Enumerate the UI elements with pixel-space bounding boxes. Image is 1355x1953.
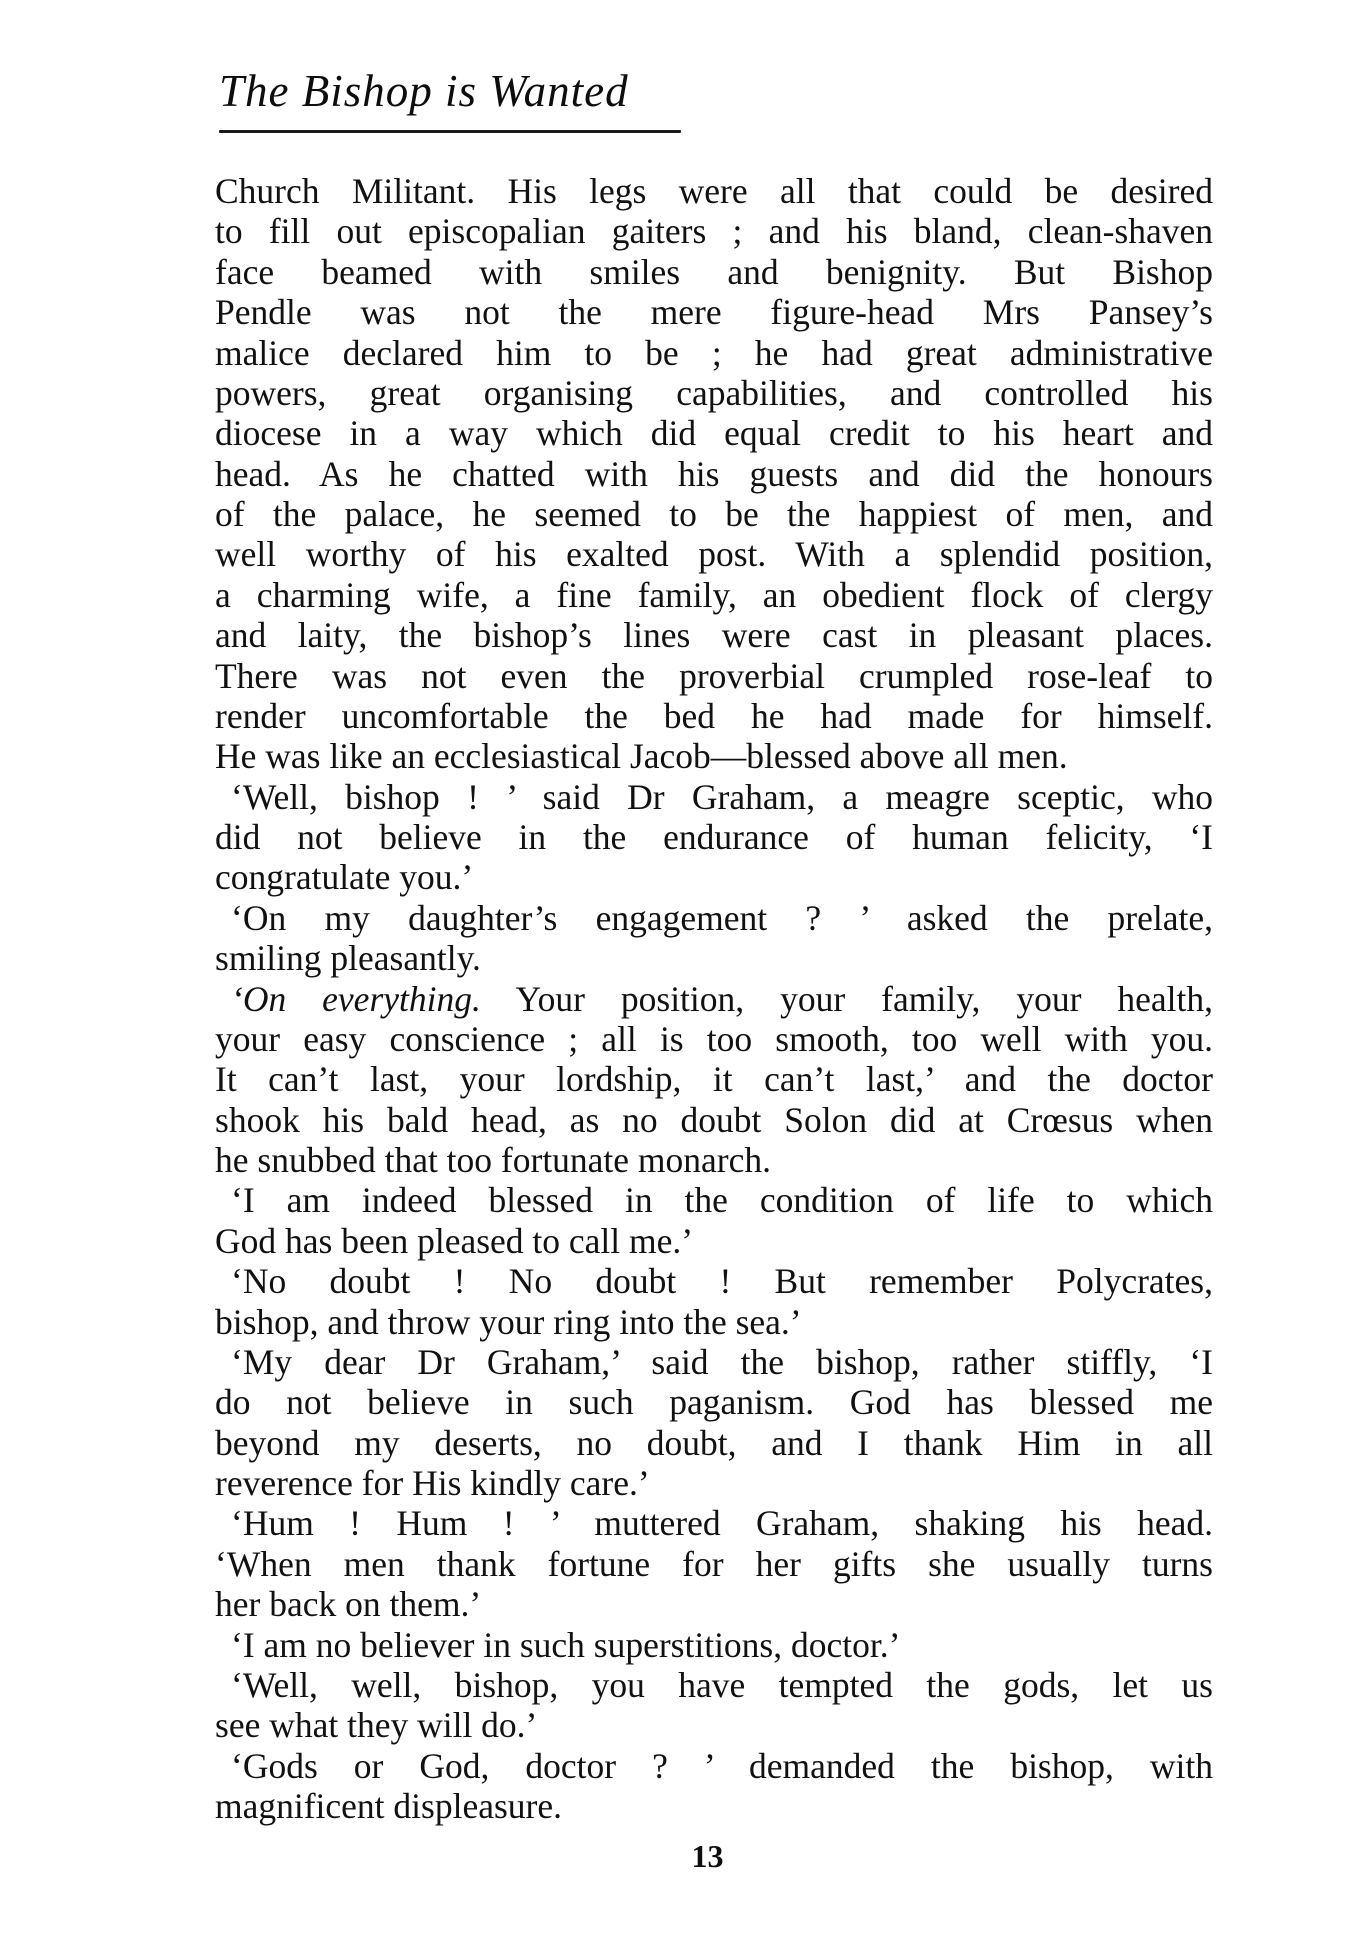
text-line: Church Militant. His legs were all that …	[215, 171, 1213, 211]
text-line: her back on them.’	[215, 1584, 1213, 1624]
text-line: a charming wife, a fine family, an obedi…	[215, 575, 1213, 615]
text-line: magnificent displeasure.	[215, 1786, 1213, 1826]
text-line: ‘I am indeed blessed in the condition of…	[215, 1180, 1213, 1220]
text-line: ‘Gods or God, doctor ? ’ demanded the bi…	[215, 1746, 1213, 1786]
text-line: shook his bald head, as no doubt Solon d…	[215, 1100, 1213, 1140]
text-line: of the palace, he seemed to be the happi…	[215, 494, 1213, 534]
text-line: to fill out episcopalian gaiters ; and h…	[215, 211, 1213, 251]
text-line: powers, great organising capabilities, a…	[215, 373, 1213, 413]
text-line: God has been pleased to call me.’	[215, 1221, 1213, 1261]
text-line: Pendle was not the mere figure-head Mrs …	[215, 292, 1213, 332]
text-line: head. As he chatted with his guests and …	[215, 454, 1213, 494]
text-line: He was like an ecclesiastical Jacob—bles…	[215, 736, 1213, 776]
running-head-title: The Bishop is Wanted	[219, 64, 629, 118]
text-line: ‘On my daughter’s engagement ? ’ asked t…	[215, 898, 1213, 938]
text-line: malice declared him to be ; he had great…	[215, 333, 1213, 373]
text-line: bishop, and throw your ring into the sea…	[215, 1302, 1213, 1342]
text-line: There was not even the proverbial crumpl…	[215, 656, 1213, 696]
italic-phrase: ‘On everything.	[231, 979, 481, 1019]
book-page: The Bishop is Wanted Church Militant. Hi…	[0, 0, 1355, 1953]
text-line: smiling pleasantly.	[215, 938, 1213, 978]
body-text: Church Militant. His legs were all that …	[215, 171, 1213, 1826]
text-line: ‘Well, bishop ! ’ said Dr Graham, a meag…	[215, 777, 1213, 817]
text-line-rest: Your position, your family, your health,	[481, 979, 1213, 1019]
text-line: he snubbed that too fortunate monarch.	[215, 1140, 1213, 1180]
text-line: ‘No doubt ! No doubt ! But remember Poly…	[215, 1261, 1213, 1301]
text-line: reverence for His kindly care.’	[215, 1463, 1213, 1503]
text-line: ‘When men thank fortune for her gifts sh…	[215, 1544, 1213, 1584]
text-line: ‘I am no believer in such superstitions,…	[215, 1625, 1213, 1665]
running-head-rule	[219, 130, 681, 133]
page-number: 13	[0, 1836, 1355, 1876]
text-line: ‘Hum ! Hum ! ’ muttered Graham, shaking …	[215, 1503, 1213, 1543]
text-line: face beamed with smiles and benignity. B…	[215, 252, 1213, 292]
text-line: your easy conscience ; all is too smooth…	[215, 1019, 1213, 1059]
text-line: render uncomfortable the bed he had made…	[215, 696, 1213, 736]
text-line: It can’t last, your lordship, it can’t l…	[215, 1059, 1213, 1099]
text-line: and laity, the bishop’s lines were cast …	[215, 615, 1213, 655]
text-line: beyond my deserts, no doubt, and I thank…	[215, 1423, 1213, 1463]
text-line: ‘On everything. Your position, your fami…	[215, 979, 1213, 1019]
text-line: see what they will do.’	[215, 1705, 1213, 1745]
text-line: did not believe in the endurance of huma…	[215, 817, 1213, 857]
text-line: congratulate you.’	[215, 857, 1213, 897]
text-line: ‘My dear Dr Graham,’ said the bishop, ra…	[215, 1342, 1213, 1382]
text-line: well worthy of his exalted post. With a …	[215, 534, 1213, 574]
text-line: ‘Well, well, bishop, you have tempted th…	[215, 1665, 1213, 1705]
text-line: do not believe in such paganism. God has…	[215, 1382, 1213, 1422]
text-line: diocese in a way which did equal credit …	[215, 413, 1213, 453]
